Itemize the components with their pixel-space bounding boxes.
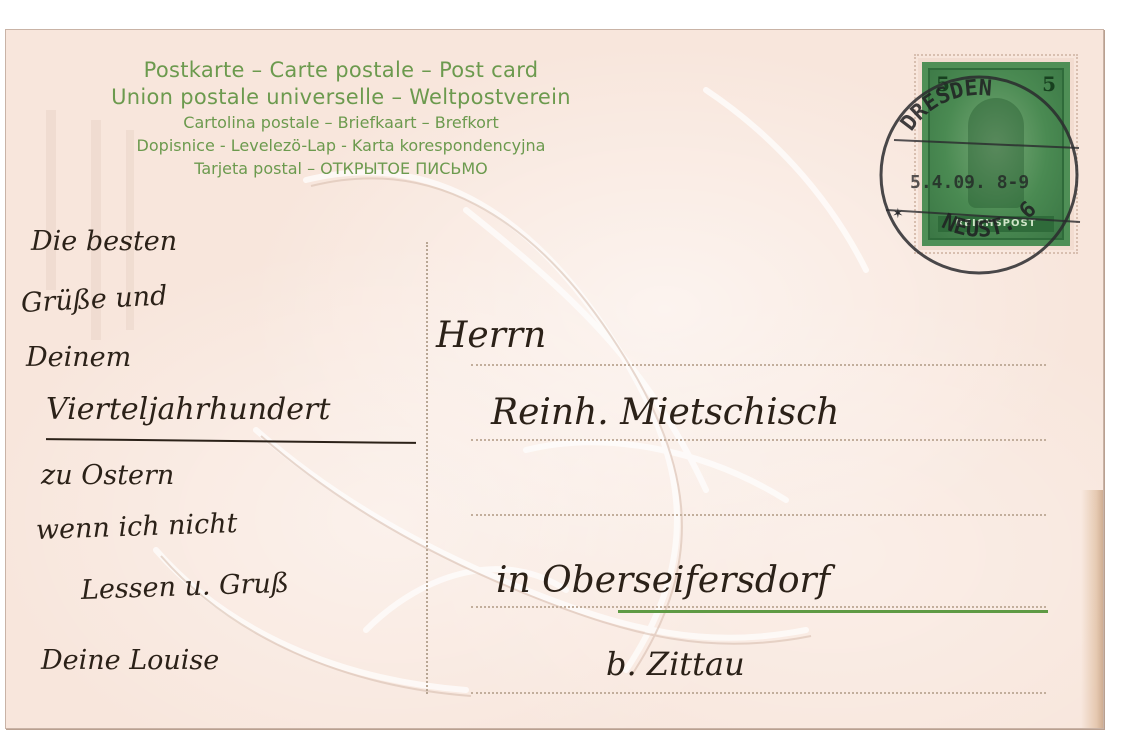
- stamp-value-left: 5: [936, 72, 950, 96]
- message-line: Vierteljahrhundert: [46, 392, 330, 427]
- header-line-3: Cartolina postale – Briefkaart – Brefkor…: [36, 115, 646, 131]
- address-region: b. Zittau: [606, 645, 745, 683]
- address-line: [471, 439, 1046, 441]
- header-line-1: Postkarte – Carte postale – Post card: [36, 60, 646, 81]
- age-stain: [1081, 490, 1103, 728]
- place-underline: [618, 610, 1048, 613]
- address-name: Reinh. Mietschisch: [491, 392, 840, 433]
- header-line-5: Tarjeta postal – ОТКРЫТОЕ ПИСЬМО: [36, 161, 646, 177]
- message-line: wenn ich nicht: [35, 508, 238, 546]
- postcard: Postkarte – Carte postale – Post card Un…: [5, 29, 1104, 729]
- header-line-2: Union postale universelle – Weltpostvere…: [36, 87, 646, 108]
- message-line: zu Ostern: [41, 460, 174, 491]
- stamp-value-right: 5: [1042, 72, 1056, 96]
- message-line: Grüße und: [20, 280, 168, 319]
- message-line: Deine Louise: [41, 645, 219, 676]
- germania-figure: [968, 98, 1024, 208]
- postage-stamp: 5 5 REICHSPOST: [918, 58, 1074, 250]
- address-line: [471, 606, 1046, 608]
- message-line: Deinem: [26, 342, 131, 373]
- message-line: Lessen u. Gruß: [80, 568, 289, 606]
- postmark-star-icon: ✶: [892, 207, 904, 222]
- address-place: in Oberseifersdorf: [496, 560, 830, 601]
- message-underline: [46, 438, 416, 444]
- address-line: [471, 692, 1046, 694]
- header-line-4: Dopisnice - Levelezö-Lap - Karta korespo…: [36, 138, 646, 154]
- address-salutation: Herrn: [436, 315, 546, 356]
- stamp-banner: REICHSPOST: [938, 216, 1054, 232]
- message-address-divider: [426, 242, 428, 694]
- address-line: [471, 514, 1046, 516]
- germania-stamp-icon: 5 5 REICHSPOST: [928, 68, 1064, 240]
- postcard-header: Postkarte – Carte postale – Post card Un…: [36, 60, 646, 177]
- message-line: Die besten: [31, 226, 177, 257]
- address-line: [471, 364, 1046, 366]
